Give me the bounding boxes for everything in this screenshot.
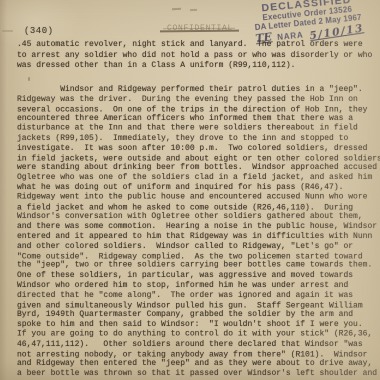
page-number: (340) [24, 26, 54, 36]
text-line: directed that he "come along". The order… [17, 291, 380, 301]
paper-mark [28, 77, 30, 81]
text-line: Ridgeway went into the public house and … [17, 192, 380, 202]
paper-mark [2, 30, 13, 32]
text-line: was dressed other than in a Class A unif… [17, 61, 380, 72]
text-line: what he was doing out of uniform and inq… [17, 183, 380, 193]
strikethrough-line [160, 29, 239, 32]
text-line: entered and it appeared to him that Ridg… [17, 232, 380, 242]
text-line: spoke to him and then said to Windsor: "… [17, 320, 380, 330]
text-line: If you are going to do anything to contr… [17, 330, 380, 340]
text-line: Windsor's conversation with Ogletree oth… [17, 212, 380, 222]
paragraph-patrol-orders: .45 automatic revolver, night stick and … [17, 40, 380, 72]
text-line: One of these soldiers, in particular, wa… [17, 271, 380, 281]
document-page: (340) CONFIDENTIAL DECLASSIFIED Executiv… [0, 0, 380, 380]
text-line: not arresting nobody, or taking anybody … [17, 350, 380, 360]
paper-mark [190, 9, 197, 11]
text-line: to arrest any soldier who did not hold a… [17, 51, 380, 62]
text-line: 46,47,111,112). Other soldiers around th… [17, 340, 380, 350]
text-line: a field jacket and whom he asked to come… [17, 203, 380, 213]
text-line: and there was some commotion. Hearing a … [17, 222, 380, 232]
text-line: the "jeep", two or three soldiers carryi… [17, 261, 380, 271]
paragraph-incident-account: Windsor and Ridgeway performed their pat… [17, 85, 380, 379]
paper-mark [172, 8, 181, 10]
text-line: several occasions. On one of the trips i… [17, 105, 380, 115]
text-line: encountered three American officers who … [17, 114, 380, 124]
text-line: were standing about drinking beer from b… [17, 163, 380, 173]
text-line: in field jackets, were outside and about… [17, 154, 380, 164]
text-line: Windsor who ordered him to stop, informe… [17, 281, 380, 291]
text-line: Ogletree who was one of the soldiers cla… [17, 173, 380, 183]
text-line: Windsor and Ridgeway performed their pat… [17, 85, 380, 95]
text-line: given and simultaneously Windsor pulled … [17, 301, 380, 311]
text-line: and Ridgeway then entered the "jeep" and… [17, 359, 380, 369]
text-line: Byrd, 1949th Quartermaster Company, grab… [17, 310, 380, 320]
text-line: and other colored soldiers. Windsor call… [17, 242, 380, 252]
text-line: investigate. It was soon after 10:00 p.m… [17, 144, 380, 154]
text-line: jackets (R99,105). Immediately, they dro… [17, 134, 380, 144]
text-line: a beer bottle was thrown so that it pass… [17, 369, 380, 379]
text-line: disturbance at the Inn and that there we… [17, 124, 380, 134]
text-line: Ridgeway was the driver. During the even… [17, 95, 380, 105]
text-line: .45 automatic revolver, night stick and … [17, 40, 380, 51]
